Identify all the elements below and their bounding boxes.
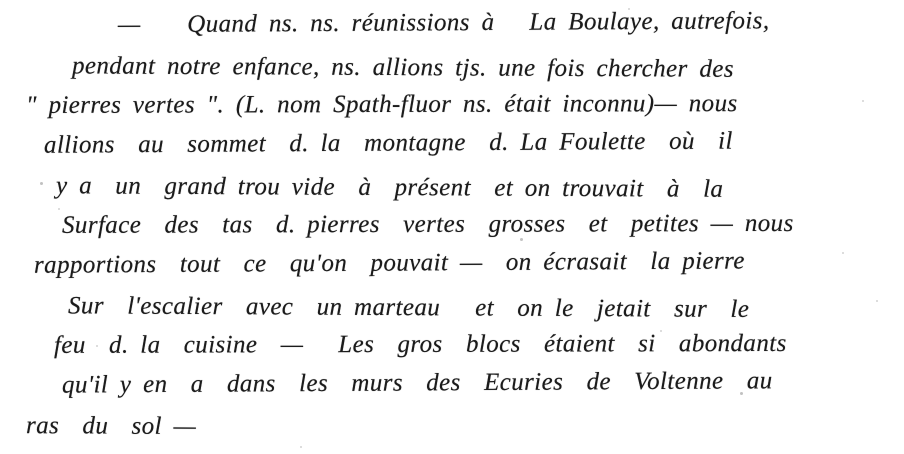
- manuscript-line-7: rapportions tout ce qu'on pouvait — on é…: [0, 240, 904, 286]
- manuscript-line-6: Surface des tas d. pierres vertes grosse…: [0, 204, 904, 246]
- manuscript-line-1: — Quand ns. ns. réunissions à La Boulaye…: [0, 0, 904, 46]
- manuscript-line-9: feu d. la cuisine — Les gros blocs étaie…: [0, 324, 904, 366]
- manuscript-page: — Quand ns. ns. réunissions à La Boulaye…: [0, 0, 904, 454]
- manuscript-line-3: " pierres vertes ". (L. nom Spath-fluor …: [0, 84, 904, 126]
- manuscript-line-10: qu'il y en a dans les murs des Ecuries d…: [0, 360, 904, 406]
- manuscript-line-11: ras du sol —: [0, 406, 904, 451]
- manuscript-line-4: allions au sommet d. la montagne d. La F…: [0, 120, 904, 166]
